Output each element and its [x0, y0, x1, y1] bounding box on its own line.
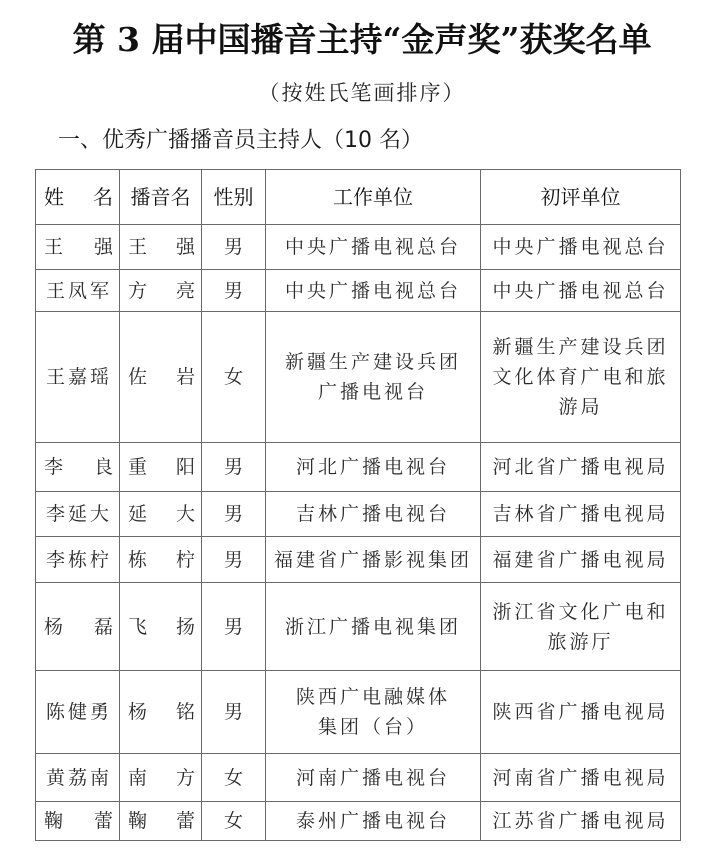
cell-stage-name: 南方	[120, 754, 202, 802]
winners-table: 姓 名 播音名 性别 工作单位 初评单位 王强王强男中央广播电视总台中央广播电视…	[35, 169, 681, 841]
cell-name: 李延大	[36, 492, 120, 537]
table-row: 王强王强男中央广播电视总台中央广播电视总台	[36, 225, 681, 270]
table-row: 李延大延大男吉林广播电视台吉林省广播电视局	[36, 492, 681, 537]
column-header-nominating-unit: 初评单位	[481, 170, 681, 225]
cell-nominating-unit: 福建省广播电视局	[481, 537, 681, 583]
column-header-work-unit: 工作单位	[266, 170, 481, 225]
cell-stage-name: 方亮	[120, 270, 202, 312]
cell-gender: 女	[202, 802, 266, 841]
cell-stage-name: 佐岩	[120, 312, 202, 443]
cell-nominating-unit: 浙江省文化广电和旅游厅	[481, 583, 681, 671]
table-header-row: 姓 名 播音名 性别 工作单位 初评单位	[36, 170, 681, 225]
sort-note: （按姓氏笔画排序）	[0, 78, 724, 108]
cell-gender: 男	[202, 443, 266, 492]
cell-work-unit: 中央广播电视总台	[266, 270, 481, 312]
cell-gender: 男	[202, 270, 266, 312]
column-header-stage-name: 播音名	[120, 170, 202, 225]
cell-name: 鞠蕾	[36, 802, 120, 841]
table-row: 杨磊飞扬男浙江广播电视集团浙江省文化广电和旅游厅	[36, 583, 681, 671]
cell-name: 王凤军	[36, 270, 120, 312]
cell-name: 黄荔南	[36, 754, 120, 802]
cell-nominating-unit: 江苏省广播电视局	[481, 802, 681, 841]
cell-gender: 男	[202, 583, 266, 671]
cell-name: 李栋柠	[36, 537, 120, 583]
cell-nominating-unit: 中央广播电视总台	[481, 225, 681, 270]
cell-work-unit: 中央广播电视总台	[266, 225, 481, 270]
cell-work-unit: 吉林广播电视台	[266, 492, 481, 537]
table-row: 王凤军方亮男中央广播电视总台中央广播电视总台	[36, 270, 681, 312]
cell-work-unit: 河南广播电视台	[266, 754, 481, 802]
cell-work-unit: 河北广播电视台	[266, 443, 481, 492]
column-header-gender: 性别	[202, 170, 266, 225]
cell-nominating-unit: 新疆生产建设兵团文化体育广电和旅游局	[481, 312, 681, 443]
cell-name: 王嘉瑶	[36, 312, 120, 443]
cell-name: 陈健勇	[36, 671, 120, 754]
cell-work-unit: 福建省广播影视集团	[266, 537, 481, 583]
cell-stage-name: 鞠蕾	[120, 802, 202, 841]
cell-work-unit: 陕西广电融媒体集团（台）	[266, 671, 481, 754]
column-header-name: 姓 名	[36, 170, 120, 225]
cell-work-unit: 新疆生产建设兵团广播电视台	[266, 312, 481, 443]
table-row: 鞠蕾鞠蕾女泰州广播电视台江苏省广播电视局	[36, 802, 681, 841]
cell-stage-name: 重阳	[120, 443, 202, 492]
cell-gender: 男	[202, 225, 266, 270]
cell-gender: 女	[202, 754, 266, 802]
table-row: 陈健勇杨铭男陕西广电融媒体集团（台）陕西省广播电视局	[36, 671, 681, 754]
cell-name: 李良	[36, 443, 120, 492]
cell-name: 王强	[36, 225, 120, 270]
cell-stage-name: 飞扬	[120, 583, 202, 671]
cell-stage-name: 延大	[120, 492, 202, 537]
cell-nominating-unit: 中央广播电视总台	[481, 270, 681, 312]
cell-nominating-unit: 河南省广播电视局	[481, 754, 681, 802]
page-title: 第 3 届中国播音主持“金声奖”获奖名单	[0, 16, 724, 64]
cell-gender: 女	[202, 312, 266, 443]
table-row: 黄荔南南方女河南广播电视台河南省广播电视局	[36, 754, 681, 802]
cell-gender: 男	[202, 537, 266, 583]
cell-stage-name: 王强	[120, 225, 202, 270]
cell-stage-name: 杨铭	[120, 671, 202, 754]
cell-gender: 男	[202, 671, 266, 754]
cell-stage-name: 栋柠	[120, 537, 202, 583]
table-row: 李良重阳男河北广播电视台河北省广播电视局	[36, 443, 681, 492]
cell-nominating-unit: 陕西省广播电视局	[481, 671, 681, 754]
cell-nominating-unit: 吉林省广播电视局	[481, 492, 681, 537]
cell-work-unit: 浙江广播电视集团	[266, 583, 481, 671]
cell-nominating-unit: 河北省广播电视局	[481, 443, 681, 492]
table-row: 李栋柠栋柠男福建省广播影视集团福建省广播电视局	[36, 537, 681, 583]
section-heading: 一、优秀广播播音员主持人（10 名）	[58, 124, 423, 158]
cell-work-unit: 泰州广播电视台	[266, 802, 481, 841]
table-body: 王强王强男中央广播电视总台中央广播电视总台王凤军方亮男中央广播电视总台中央广播电…	[36, 225, 681, 841]
table-row: 王嘉瑶佐岩女新疆生产建设兵团广播电视台新疆生产建设兵团文化体育广电和旅游局	[36, 312, 681, 443]
cell-gender: 男	[202, 492, 266, 537]
cell-name: 杨磊	[36, 583, 120, 671]
